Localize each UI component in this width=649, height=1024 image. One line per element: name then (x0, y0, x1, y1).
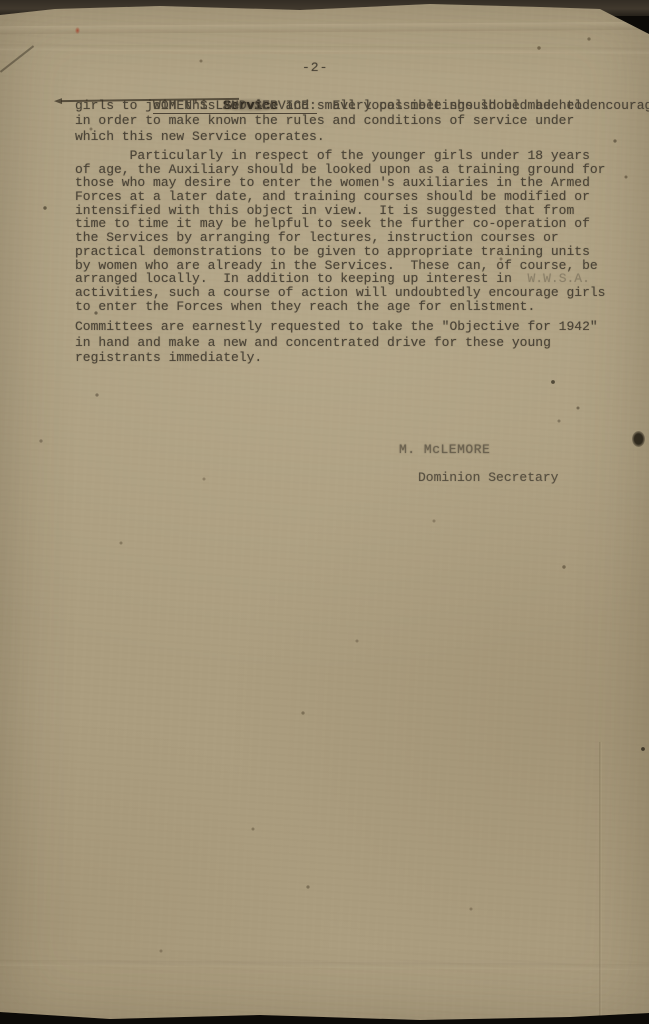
text-line: activities, such a course of action will… (75, 286, 620, 300)
text-segment: arranged locally. In addition to keeping… (75, 271, 527, 286)
paragraph-younger-girls: Particularly in respect of the younger g… (75, 149, 620, 313)
paper-crease (0, 44, 649, 53)
signature-name: M. McLEMORE (399, 442, 558, 457)
text-line: in order to make known the rules and con… (75, 113, 620, 129)
ink-blot (632, 431, 645, 447)
faded-abbreviation: W.W.S.A. (527, 271, 589, 286)
scanned-document-view: -2- WOMEN'S LAND SERVICE: Every possible… (0, 0, 649, 1024)
text-line: which this new Service operates. (75, 129, 620, 145)
signature-title: Dominion Secretary (418, 470, 558, 485)
paragraph-womens-land-service: WOMEN'S LAND SERVICE: Every possible sho… (75, 82, 620, 144)
text-line: of age, the Auxiliary should be looked u… (75, 163, 620, 177)
text-line: Particularly in respect of the younger g… (75, 149, 620, 163)
page-number: -2- (302, 60, 328, 75)
document-body: WOMEN'S LAND SERVICE: Every possible sho… (75, 82, 620, 366)
text-line: to enter the Forces when they reach the … (75, 300, 620, 314)
text-line: those who may desire to enter the women'… (75, 176, 620, 190)
document-page: -2- WOMEN'S LAND SERVICE: Every possible… (0, 0, 649, 1024)
text-line: the Services by arranging for lectures, … (75, 231, 620, 245)
signature-block: M. McLEMORE Dominion Secretary (399, 442, 558, 485)
text-segment: Every possible should be made to encoura… (317, 98, 649, 113)
text-line: intensified with this object in view. It… (75, 204, 620, 218)
text-line: Committees are earnestly requested to ta… (75, 319, 620, 335)
paper-crease (0, 960, 649, 971)
text-line: in hand and make a new and concentrated … (75, 335, 620, 351)
text-line: time to time it may be helpful to seek t… (75, 217, 620, 231)
paper-crease (0, 45, 34, 72)
paper-crease (0, 22, 649, 35)
paper-crease (599, 742, 602, 1024)
text-line: Forces at a later date, and training cou… (75, 190, 620, 204)
paragraph-committees: Committees are earnestly requested to ta… (75, 319, 620, 366)
red-ink-mark (75, 27, 80, 34)
text-line: WOMEN'S LAND SERVICE: Every possible sho… (75, 82, 620, 98)
text-line: arranged locally. In addition to keeping… (75, 272, 620, 286)
text-line: registrants immediately. (75, 350, 620, 366)
text-line: practical demonstrations to be given to … (75, 245, 620, 259)
